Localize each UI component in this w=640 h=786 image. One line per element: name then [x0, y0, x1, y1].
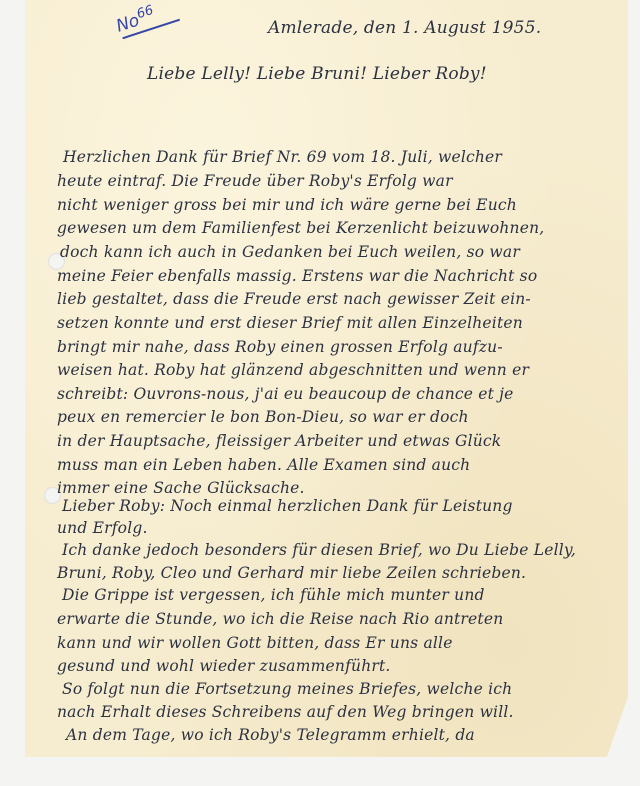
letter-line: setzen konnte und erst dieser Brief mit …	[57, 314, 523, 332]
letter-line: gewesen um dem Familienfest bei Kerzenli…	[57, 219, 544, 237]
letter-line: meine Feier ebenfalls massig. Erstens wa…	[57, 267, 537, 285]
letter-line: So folgt nun die Fortsetzung meines Brie…	[62, 680, 512, 698]
letter-dateline: Amlerade, den 1. August 1955.	[268, 18, 541, 38]
letter-line: lieb gestaltet, dass die Freude erst nac…	[57, 290, 531, 308]
letter-line: gesund und wohl wieder zusammenführt.	[57, 657, 391, 675]
letter-line: An dem Tage, wo ich Roby's Telegramm erh…	[66, 726, 475, 744]
letter-line: weisen hat. Roby hat glänzend abgeschnit…	[57, 361, 529, 379]
letter-line: in der Hauptsache, fleissiger Arbeiter u…	[57, 432, 501, 450]
letter-line: kann und wir wollen Gott bitten, dass Er…	[57, 634, 453, 652]
letter-line: doch kann ich auch in Gedanken bei Euch …	[60, 243, 520, 261]
letter-line: Die Grippe ist vergessen, ich fühle mich…	[62, 586, 485, 604]
letter-salutation: Liebe Lelly! Liebe Bruni! Lieber Roby!	[147, 64, 487, 84]
letter-line: heute eintraf. Die Freude über Roby's Er…	[57, 172, 453, 190]
letter-line: immer eine Sache Glücksache.	[57, 479, 305, 497]
letter-line: peux en remercier le bon Bon-Dieu, so wa…	[57, 408, 469, 426]
letter-line: nach Erhalt dieses Schreibens auf den We…	[57, 703, 514, 721]
scanned-page: No66 Amlerade, den 1. August 1955. Liebe…	[0, 0, 640, 786]
letter-line: Ich danke jedoch besonders für diesen Br…	[62, 541, 576, 559]
letter-line: Herzlichen Dank für Brief Nr. 69 vom 18.…	[63, 148, 502, 166]
letter-line: Lieber Roby: Noch einmal herzlichen Dank…	[62, 497, 513, 515]
letter-line: bringt mir nahe, dass Roby einen grossen…	[57, 338, 503, 356]
letter-line: nicht weniger gross bei mir und ich wäre…	[57, 196, 517, 214]
letter-line: muss man ein Leben haben. Alle Examen si…	[57, 456, 470, 474]
letter-line: und Erfolg.	[57, 519, 148, 537]
letter-line: erwarte die Stunde, wo ich die Reise nac…	[57, 610, 503, 628]
letter-line: Bruni, Roby, Cleo und Gerhard mir liebe …	[57, 564, 526, 582]
letter-line: schreibt: Ouvrons-nous, j'ai eu beaucoup…	[57, 385, 514, 403]
